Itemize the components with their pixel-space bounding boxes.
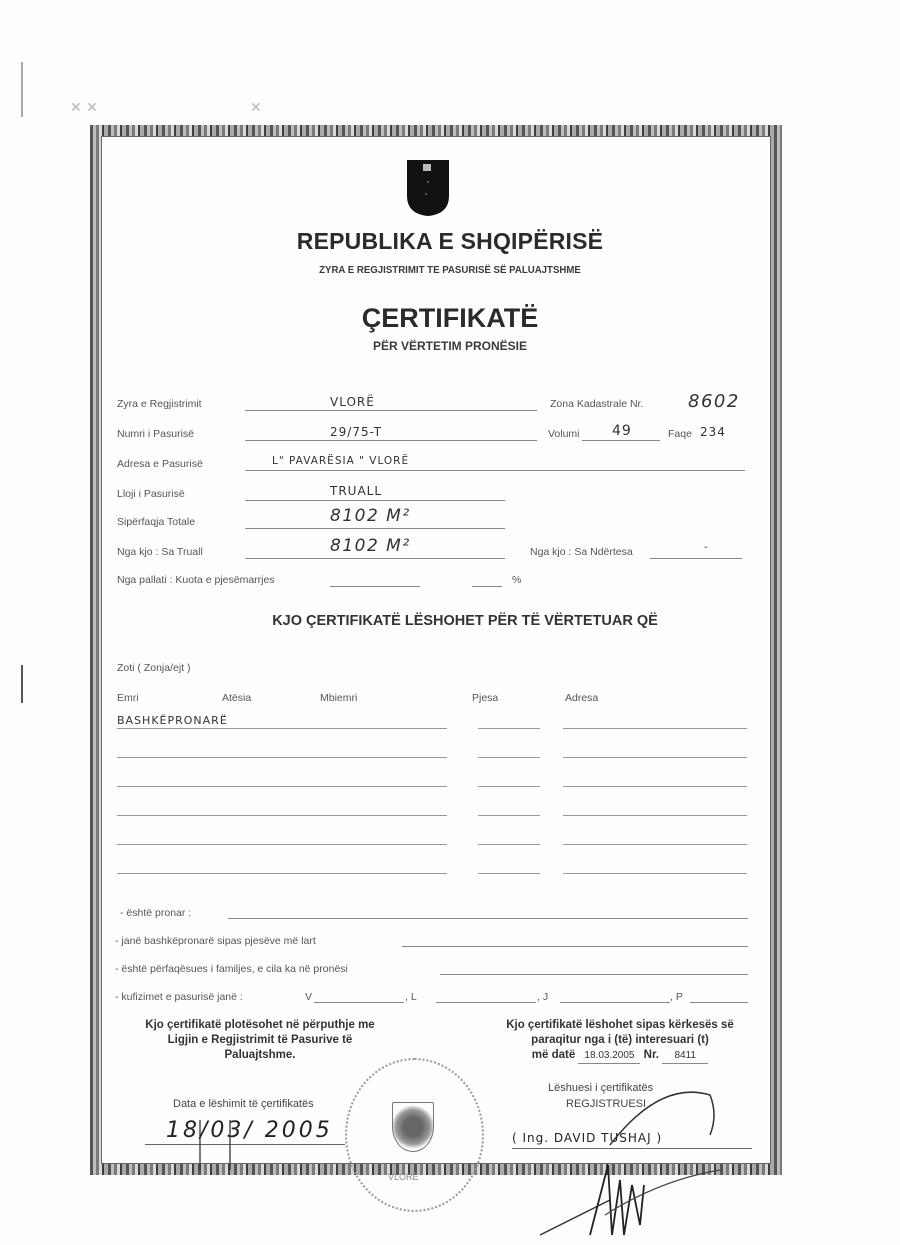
row-address-line [563, 873, 747, 874]
row-address-line [563, 728, 747, 729]
boundary-p-line [690, 1002, 748, 1003]
zyra-label: Zyra e Regjistrimit [117, 398, 202, 410]
request-note: Kjo çertifikatë lëshohet sipas kërkesës … [470, 1018, 770, 1064]
volumi-label: Volumi [548, 428, 580, 440]
row-address-line [563, 757, 747, 758]
owners-section-title: KJO ÇERTIFIKATË LËSHOHET PËR TË VËRTETUA… [0, 613, 900, 629]
boundary-p-label: , P [670, 991, 683, 1003]
adresa-value: L" PAVARËSIA " VLORË [272, 455, 409, 467]
numri-line [245, 440, 537, 441]
statement-boundaries: - kufizimet e pasurisë janë : [115, 991, 243, 1003]
adresa-line [245, 470, 745, 471]
signature-icon [520, 1085, 740, 1245]
legal-note: Kjo çertifikatë plotësohet në përputhje … [110, 1018, 410, 1063]
numri-label: Numri i Pasurisë [117, 428, 194, 440]
certificate-title: ÇERTIFIKATË [0, 303, 900, 334]
lloji-value: TRUALL [330, 484, 382, 498]
siperfaqja-label: Sipërfaqja Totale [117, 516, 195, 528]
row-share-line [478, 757, 540, 758]
volumi-line [582, 440, 660, 441]
siperfaqja-line [245, 528, 505, 529]
row-name-line [117, 786, 447, 787]
truall-value: 8102 M² [330, 536, 411, 556]
zoti-label: Zoti ( Zonja/ejt ) [117, 662, 191, 674]
truall-label: Nga kjo : Sa Truall [117, 546, 203, 558]
ndertesa-line [650, 558, 742, 559]
ndertesa-value: - [704, 542, 709, 553]
coat-of-arms-icon [405, 158, 451, 218]
row-name-line [117, 844, 447, 845]
statement-family: - është përfaqësues i familjes, e cila k… [115, 963, 348, 975]
col-atesia: Atësia [222, 692, 251, 704]
pallati-line [330, 586, 420, 587]
zyra-value: VLORË [330, 395, 375, 409]
country-title: REPUBLIKA E SHQIPËRISË [0, 228, 900, 255]
boundary-v-label: V [305, 991, 312, 1003]
zona-label: Zona Kadastrale Nr. [550, 398, 643, 410]
statement-owner-line [228, 918, 748, 919]
date-strokes [190, 1115, 280, 1175]
statement-owner: - është pronar : [120, 907, 191, 919]
zyra-line [245, 410, 537, 411]
office-title: ZYRA E REGJISTRIMIT TE PASURISË SË PALUA… [36, 264, 864, 276]
row-name-line [117, 728, 447, 729]
faqe-label: Faqe [668, 428, 692, 440]
boundary-l-label: , L [405, 991, 417, 1003]
request-date: 18.03.2005 [578, 1048, 640, 1064]
lloji-label: Lloji i Pasurisë [117, 488, 185, 500]
ndertesa-label: Nga kjo : Sa Ndërtesa [530, 546, 633, 558]
boundary-v-line [314, 1002, 404, 1003]
boundary-j-label: , J [537, 991, 548, 1003]
row-address-line [563, 815, 747, 816]
statement-coowners: - janë bashkëpronarë sipas pjesëve më la… [115, 935, 316, 947]
row-share-line [478, 844, 540, 845]
faqe-value: 234 [700, 425, 726, 439]
row-name-line [117, 815, 447, 816]
row-name-line [117, 757, 447, 758]
row-name-line [117, 873, 447, 874]
row-share-line [478, 728, 540, 729]
stamp-city: VLORË [388, 1172, 419, 1182]
lloji-line [245, 500, 505, 501]
pallati-line-2 [472, 586, 502, 587]
zona-value: 8602 [688, 391, 740, 412]
certificate-subtitle: PËR VËRTETIM PRONËSIE [0, 339, 900, 353]
volumi-value: 49 [612, 423, 632, 439]
boundary-l-line [436, 1002, 536, 1003]
stamp-eagle-icon [392, 1102, 434, 1152]
scan-noise: ✕ ✕ [70, 100, 98, 116]
col-adresa: Adresa [565, 692, 598, 704]
row-share-line [478, 786, 540, 787]
siperfaqja-value: 8102 M² [330, 506, 411, 526]
col-mbiemri: Mbiemri [320, 692, 357, 704]
col-pjesa: Pjesa [472, 692, 498, 704]
pallati-label: Nga pallati : Kuota e pjesëmarrjes [117, 574, 275, 586]
truall-line [245, 558, 505, 559]
col-emri: Emri [117, 692, 139, 704]
row-address-line [563, 844, 747, 845]
statement-coowners-line [402, 946, 748, 947]
scan-mark [21, 665, 23, 703]
boundary-j-line [560, 1002, 670, 1003]
row-share-line [478, 815, 540, 816]
numri-value: 29/75-T [330, 425, 382, 439]
row-share-line [478, 873, 540, 874]
request-number: 8411 [662, 1048, 708, 1064]
issue-date-label: Data e lëshimit të çertifikatës [173, 1098, 314, 1110]
pallati-unit: % [512, 574, 521, 586]
scan-mark [21, 62, 23, 117]
row-address-line [563, 786, 747, 787]
row-name: BASHKËPRONARË [117, 714, 228, 727]
scan-noise: ✕ [250, 100, 262, 116]
adresa-label: Adresa e Pasurisë [117, 458, 203, 470]
statement-family-line [440, 974, 748, 975]
